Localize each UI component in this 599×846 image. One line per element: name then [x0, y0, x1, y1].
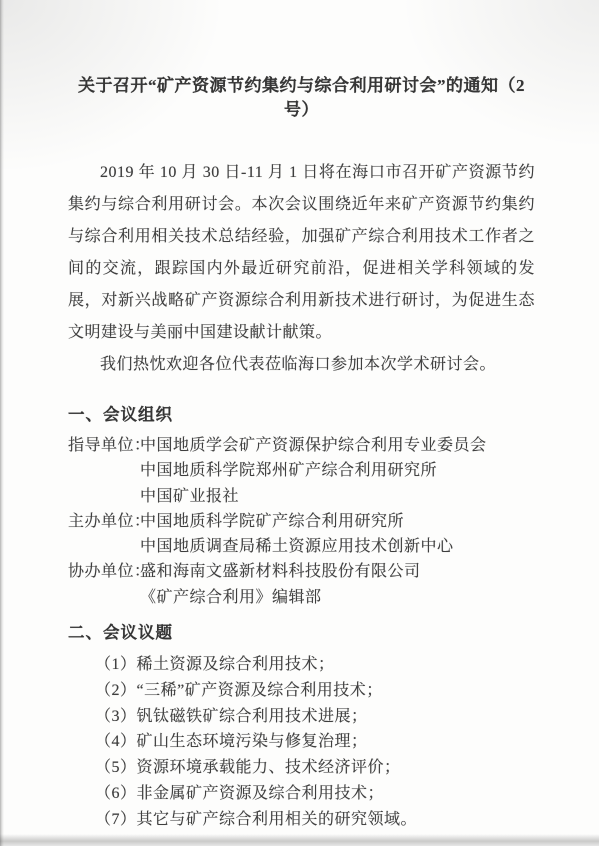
organization-entry: 《矿产综合利用》编辑部 [68, 585, 535, 610]
organization-entry-text: 《矿产综合利用》编辑部 [140, 589, 322, 606]
organization-entry-text: 中国地质学会矿产资源保护综合利用专业委员会 [140, 437, 487, 454]
topic-item: （7）其它与矿产综合利用相关的研究领域。 [68, 807, 535, 833]
topic-item: （4）矿山生态环境污染与修复治理； [68, 729, 535, 755]
document-title: 关于召开“矿产资源节约集约与综合利用研讨会”的通知（2 号） [68, 74, 535, 122]
organization-entry-text: 盛和海南文盛新材料科技股份有限公司 [140, 563, 421, 580]
organization-entry: 中国矿业报社 [68, 484, 535, 509]
scan-bottom-edge-band [0, 834, 599, 846]
topic-list: （1）稀土资源及综合利用技术；（2）“三稀”矿产资源及综合利用技术；（3）钒钛磁… [68, 652, 535, 833]
intro-section: 2019 年 10 月 30 日-11 月 1 日将在海口市召开矿产资源节约集约… [68, 157, 535, 381]
section-heading-topics: 二、会议议题 [68, 621, 535, 645]
organization-entries: 指导单位：中国地质学会矿产资源保护综合利用专业委员会 中国地质科学院郑州矿产综合… [68, 433, 535, 610]
organization-entry-text: 中国地质科学院郑州矿产综合利用研究所 [140, 462, 437, 479]
topic-item: （2）“三稀”矿产资源及综合利用技术； [68, 678, 535, 704]
scanned-document-page: 关于召开“矿产资源节约集约与综合利用研讨会”的通知（2 号） 2019 年 10… [0, 0, 599, 846]
organization-entry: 协办单位：盛和海南文盛新材料科技股份有限公司 [68, 559, 535, 584]
organization-entry-text: 中国地质调查局稀土资源应用技术创新中心 [140, 538, 454, 555]
intro-paragraph-2: 我们热忱欢迎各位代表莅临海口参加本次学术研讨会。 [68, 349, 535, 381]
organization-entry-text: 中国矿业报社 [140, 488, 239, 505]
document-content: 关于召开“矿产资源节约集约与综合利用研讨会”的通知（2 号） 2019 年 10… [68, 74, 535, 833]
intro-paragraph-1: 2019 年 10 月 30 日-11 月 1 日将在海口市召开矿产资源节约集约… [68, 157, 535, 349]
topic-item: （3）钒钛磁铁矿综合利用技术进展； [68, 704, 535, 730]
organization-entry-text: 中国地质科学院矿产综合利用研究所 [140, 513, 404, 530]
organization-entry-label: 协办单位： [68, 559, 140, 584]
organization-entry: 中国地质科学院郑州矿产综合利用研究所 [68, 458, 535, 483]
organization-entry-label: 指导单位： [68, 433, 140, 458]
topic-item: （5）资源环境承载能力、技术经济评价； [68, 755, 535, 781]
topic-item: （1）稀土资源及综合利用技术； [68, 652, 535, 678]
section-heading-organization: 一、会议组织 [68, 403, 535, 427]
organization-entry: 指导单位：中国地质学会矿产资源保护综合利用专业委员会 [68, 433, 535, 458]
scan-left-edge-line [0, 0, 4, 846]
topic-item: （6）非金属矿产资源及综合利用技术； [68, 781, 535, 807]
organization-entry-label: 主办单位： [68, 509, 140, 534]
organization-entry: 主办单位：中国地质科学院矿产综合利用研究所 [68, 509, 535, 534]
organization-entry: 中国地质调查局稀土资源应用技术创新中心 [68, 534, 535, 559]
